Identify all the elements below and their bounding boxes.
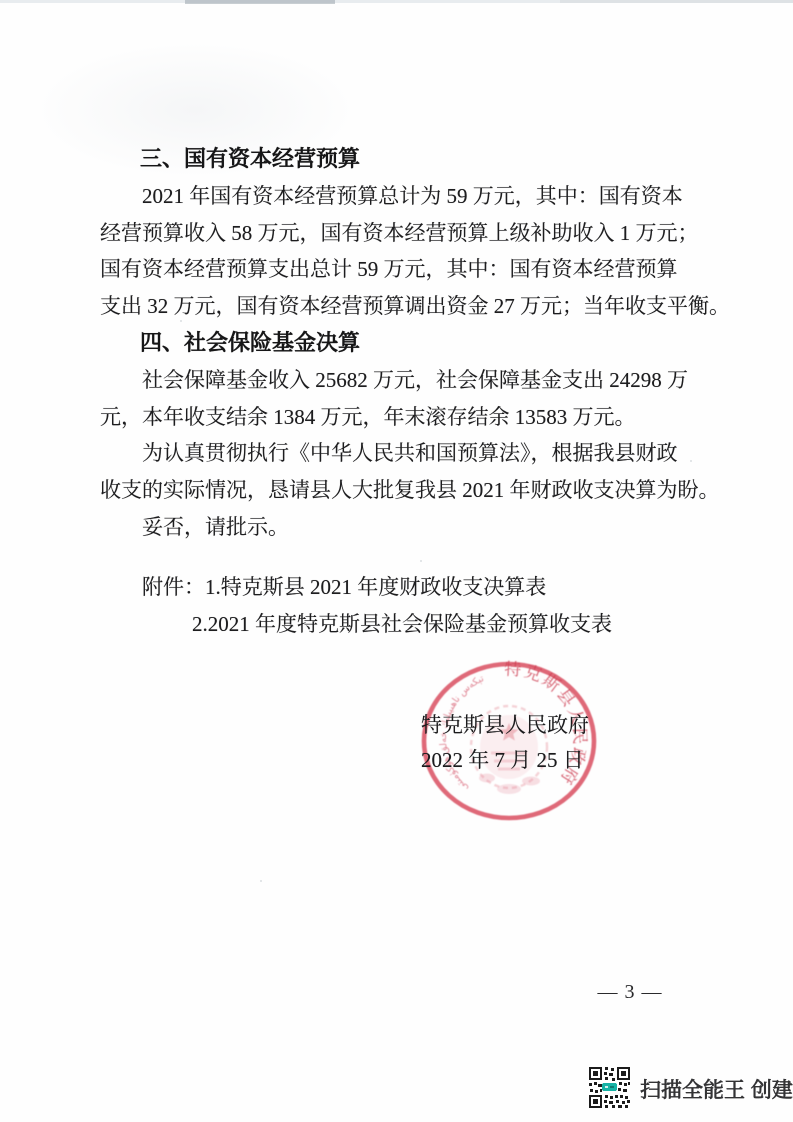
text-line: 妥否，请批示。 [100,509,720,546]
text-line: 经营预算收入 58 万元，国有资本经营预算上级补助收入 1 万元； [100,215,720,252]
text-line: 支出 32 万元，国有资本经营预算调出资金 27 万元；当年收支平衡。 [100,288,720,325]
scanned-document-page: 三、国有资本经营预算 2021 年国有资本经营预算总计为 59 万元，其中：国有… [0,0,793,1122]
scanner-credit-text: 扫描全能王 创建 [640,1074,793,1104]
section-heading-3: 三、国有资本经营预算 [100,141,720,178]
issue-date: 2022 年 7 月 25 日 [421,743,589,778]
text-line: 为认真贯彻执行《中华人民共和国预算法》，根据我县财政 [100,435,720,472]
text-line: 2021 年国有资本经营预算总计为 59 万元，其中：国有资本 [100,178,720,215]
issuer-name: 特克斯县人民政府 [421,708,589,743]
scan-artifact [260,880,262,882]
section-heading-4: 四、社会保险基金决算 [100,325,720,362]
scan-artifact [560,0,793,3]
scan-artifact [185,0,335,4]
attachments-list: 附件：1.特克斯县 2021 年度财政收支决算表 2.2021 年度特克斯县社会… [100,569,720,643]
attachment-item-1: 附件：1.特克斯县 2021 年度财政收支决算表 [100,569,720,606]
page-number: — 3 — [570,981,690,1004]
text-line: 国有资本经营预算支出总计 59 万元，其中：国有资本经营预算 [100,251,720,288]
text-line: 收支的实际情况，恳请县人大批复我县 2021 年财政收支决算为盼。 [100,472,720,509]
text-line: 元，本年收支结余 1384 万元，年末滚存结余 13583 万元。 [100,399,720,436]
signature-block: 特克斯县人民政府 2022 年 7 月 25 日 [421,708,589,778]
text-line: 社会保障基金收入 25682 万元，社会保障基金支出 24298 万 [100,362,720,399]
attachment-item-2: 2.2021 年度特克斯县社会保险基金预算收支表 [100,606,720,643]
qr-code-icon [589,1067,630,1108]
document-body: 三、国有资本经营预算 2021 年国有资本经营预算总计为 59 万元，其中：国有… [100,141,720,642]
scanner-credit: 扫描全能王 创建 [589,1067,793,1108]
